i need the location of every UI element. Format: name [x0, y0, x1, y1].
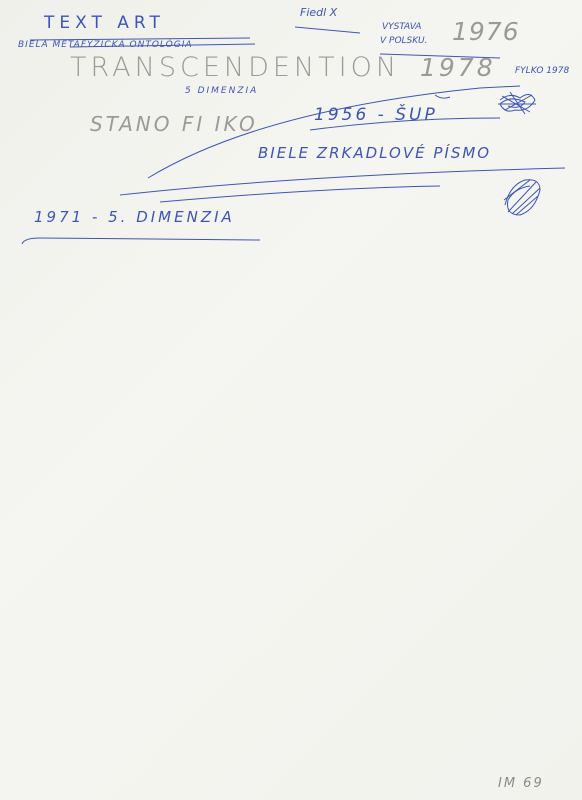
pen-strokes — [0, 0, 582, 800]
transcendention-label: TRANSCENDENTION — [70, 52, 400, 83]
biele-zrkadlove-label: BIELE ZRKADLOVÉ PÍSMO — [258, 144, 491, 162]
year-1978-pencil-label: 1978 — [420, 53, 496, 82]
stano-filko-label: STANO FI IKO — [90, 112, 258, 136]
vystava-label: VYSTAVA — [382, 22, 421, 32]
v-polsku-label: V POLSKU. — [380, 36, 427, 46]
text-art-label: TEXT ART — [44, 13, 165, 33]
biela-metafyzicka-label: BIELA METAFYZICKÁ ONTOLÓGIA — [18, 40, 193, 50]
year-1956-sup-label: 1956 - ŠUP — [314, 105, 438, 125]
year-1971-label: 1971 - 5. DIMENZIA — [34, 208, 235, 226]
year-1976-label: 1976 — [452, 17, 520, 46]
fylko-1978-label: FYLKO 1978 — [515, 66, 569, 76]
inventory-number: IM 69 — [498, 776, 544, 791]
document-page: TEXT ART BIELA METAFYZICKÁ ONTOLÓGIA TRA… — [0, 0, 582, 800]
five-dimenzia-label: 5 DIMENZIA — [185, 86, 258, 96]
fiedl-x-label: Fiedl X — [300, 6, 337, 19]
